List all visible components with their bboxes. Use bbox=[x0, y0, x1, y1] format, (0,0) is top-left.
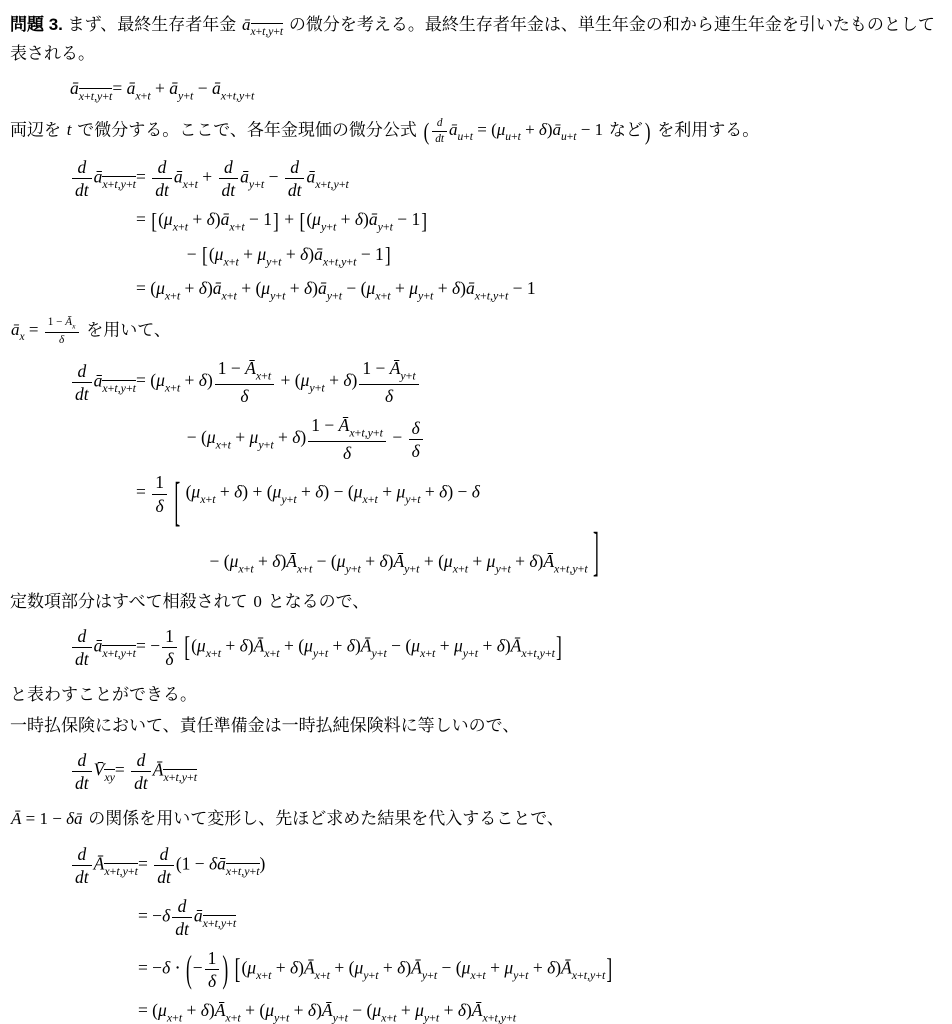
math-subscript: y+t bbox=[333, 1011, 348, 1024]
math-delimiter: [ bbox=[174, 477, 180, 531]
math-italic: t bbox=[475, 646, 478, 660]
paragraph-text: 一時払保険において、責任準備金は一時払純保険料に等しいので、 bbox=[10, 716, 519, 735]
math-italic: y bbox=[268, 25, 273, 38]
equation-rhs: = ddtāx+t + ddtāy+t − ddtāx+t,y+t bbox=[136, 157, 536, 200]
fraction-denominator: δ bbox=[359, 385, 418, 406]
math-italic: μ bbox=[207, 427, 216, 447]
math-italic: μ bbox=[497, 120, 506, 139]
fraction-numerator: 1 − Āx+t,y+t bbox=[308, 415, 386, 442]
math-italic: t bbox=[268, 968, 271, 982]
math-italic: μ bbox=[354, 482, 363, 502]
fraction-denominator: dt bbox=[152, 179, 172, 200]
math-italic: x bbox=[165, 288, 170, 302]
equation-rhs: = (μx+t + δ)Āx+t + (μy+t + δ)Āy+t − (μx+… bbox=[138, 1000, 613, 1024]
math-subscript: x+t bbox=[470, 968, 485, 982]
equation-lhs: ddtāx+t,y+t bbox=[70, 361, 136, 404]
math-subscript: x+t,y+t bbox=[315, 177, 349, 191]
math-italic: δ bbox=[412, 418, 420, 438]
fraction-denominator: δ bbox=[162, 648, 177, 669]
math-italic: x bbox=[135, 89, 140, 103]
math-italic: x bbox=[363, 492, 368, 506]
math-subscript: x+t,y+t bbox=[572, 968, 606, 982]
math-subscript: x+t bbox=[256, 968, 271, 982]
math-italic: y bbox=[368, 426, 373, 440]
math-italic: t bbox=[282, 288, 285, 302]
math-subscript: y+t bbox=[400, 368, 415, 382]
math-italic: ā bbox=[369, 209, 378, 229]
math-italic: y bbox=[400, 368, 405, 382]
math-subscript: x+t,y+t bbox=[226, 864, 260, 878]
fraction-denominator: δ bbox=[205, 970, 220, 991]
math-subscript: x+t,y+t bbox=[475, 288, 509, 302]
fraction-denominator: dt bbox=[219, 179, 239, 200]
math-italic: t bbox=[375, 492, 378, 506]
paragraph-text: で微分する。ここで、各年金現価の微分公式 bbox=[72, 120, 421, 139]
math-delimiter: ] bbox=[556, 634, 562, 662]
math-italic: y bbox=[121, 646, 126, 660]
math-subscript: x+t,y+t bbox=[349, 426, 383, 440]
math-subscript: y+t bbox=[378, 220, 393, 234]
eq-reserve-equals-premium: ddtV̄xy= ddtĀx+t,y+t bbox=[70, 750, 940, 793]
math-italic: t bbox=[238, 864, 241, 878]
math-italic: u bbox=[457, 130, 463, 143]
math-delimiter: ] bbox=[385, 245, 391, 267]
math-subscript: x+t bbox=[256, 368, 271, 382]
math-delimiter: [ bbox=[202, 245, 208, 267]
paragraph-text: 両辺を bbox=[10, 120, 66, 139]
math-subscript: x+t bbox=[165, 288, 180, 302]
math-italic: y bbox=[590, 968, 595, 982]
math-italic: δ bbox=[207, 209, 215, 229]
math-italic: x bbox=[102, 381, 107, 395]
math-italic: μ bbox=[372, 1000, 381, 1020]
math-italic: ā bbox=[314, 244, 323, 264]
math-italic: t bbox=[525, 968, 528, 982]
math-subscript: x+t bbox=[381, 1011, 396, 1024]
math-italic: t bbox=[325, 646, 328, 660]
eq-substitute-identity: ddtāx+t,y+t= (μx+t + δ)1 − Āx+tδ + (μy+t… bbox=[70, 358, 940, 576]
math-italic: δ bbox=[452, 278, 460, 298]
math-italic: δ bbox=[343, 443, 351, 463]
math-fraction: ddt bbox=[154, 844, 174, 887]
math-italic: μ bbox=[367, 278, 376, 298]
eq-last-survivor-annuity: āx+t,y+t= āx+t + āy+t − āx+t,y+t bbox=[70, 78, 940, 103]
math-italic: dt bbox=[75, 180, 89, 200]
fraction-numerator: d bbox=[285, 157, 305, 179]
math-italic: Ā bbox=[411, 958, 422, 978]
inline-math: ) bbox=[643, 120, 653, 139]
math-fraction: 1δ bbox=[205, 948, 220, 991]
math-subscript: y+t bbox=[249, 177, 264, 191]
math-subscript: x+t,y+t bbox=[203, 916, 237, 930]
math-fraction: 1 − Āx+t,y+tδ bbox=[308, 415, 386, 463]
equation-rhs: = ddtĀx+t,y+t bbox=[115, 750, 197, 793]
math-italic: δ bbox=[304, 278, 312, 298]
math-italic: x bbox=[521, 646, 526, 660]
math-italic: dt bbox=[75, 773, 89, 793]
math-delimiter: ] bbox=[273, 210, 279, 232]
math-italic: t bbox=[234, 288, 237, 302]
math-overline: x+t,y+t bbox=[203, 915, 237, 930]
math-italic: t bbox=[361, 426, 364, 440]
math-italic: t bbox=[375, 968, 378, 982]
math-italic: y bbox=[363, 968, 368, 982]
math-subscript: x+t bbox=[167, 1011, 182, 1024]
math-subscript: x+t bbox=[222, 288, 237, 302]
fraction-denominator: δ bbox=[45, 333, 79, 347]
math-italic: t bbox=[179, 1011, 182, 1024]
math-italic: t bbox=[233, 916, 236, 930]
math-italic: μ bbox=[247, 958, 256, 978]
math-italic: y bbox=[371, 646, 376, 660]
paragraph-text: を用いて、 bbox=[82, 320, 171, 339]
math-fraction: ddt bbox=[285, 157, 305, 200]
math-italic: x bbox=[226, 864, 231, 878]
math-italic: y bbox=[463, 646, 468, 660]
math-italic: μ bbox=[257, 244, 266, 264]
math-subscript: x bbox=[72, 321, 75, 330]
math-subscript: u+t bbox=[561, 130, 577, 143]
eq-final-result: ddtĀx+t,y+t= ddt(1 − δāx+t,y+t)= −δddtāx… bbox=[70, 844, 940, 1024]
single-premium-reserve: 一時払保険において、責任準備金は一時払純保険料に等しいので、 bbox=[10, 713, 940, 739]
math-italic: y bbox=[121, 381, 126, 395]
math-italic: t bbox=[256, 864, 259, 878]
math-italic: δā bbox=[209, 853, 226, 873]
insurance-annuity-relation: Ā = 1 − δā の関係を用いて変形し、先ほど求めた結果を代入することで、 bbox=[10, 806, 940, 832]
fraction-denominator: dt bbox=[72, 772, 92, 793]
math-italic: μ bbox=[261, 278, 270, 298]
math-italic: t bbox=[346, 177, 349, 191]
math-italic: t bbox=[185, 220, 188, 234]
math-italic: y bbox=[333, 1011, 338, 1024]
math-italic: x bbox=[375, 288, 380, 302]
math-italic: t bbox=[195, 177, 198, 191]
math-delimiter: [ bbox=[299, 210, 305, 232]
math-italic: μ bbox=[197, 636, 206, 656]
math-italic: x bbox=[475, 288, 480, 302]
math-italic: ā bbox=[318, 278, 327, 298]
math-italic: t bbox=[91, 89, 94, 103]
fraction-numerator: d bbox=[154, 844, 174, 866]
math-italic: t bbox=[518, 130, 521, 143]
math-italic: δā bbox=[66, 809, 82, 828]
math-italic: t bbox=[177, 381, 180, 395]
constants-cancel: 定数項部分はすべて相殺されて 0 となるので、 bbox=[10, 589, 940, 615]
math-italic: t bbox=[250, 561, 253, 575]
math-italic: t bbox=[233, 89, 236, 103]
math-italic: Ā bbox=[561, 958, 572, 978]
math-italic: d bbox=[77, 157, 86, 177]
math-subscript: y+t bbox=[327, 288, 342, 302]
equation-lhs: ddtV̄xy bbox=[70, 750, 115, 793]
math-subscript: y+t bbox=[371, 646, 386, 660]
equation-rhs: = (μx+t + δ)āx+t + (μy+t + δ)āy+t − (μx+… bbox=[136, 278, 536, 303]
math-italic: t bbox=[417, 492, 420, 506]
math-italic: x bbox=[315, 177, 320, 191]
math-italic: x bbox=[206, 646, 211, 660]
fraction-denominator: dt bbox=[131, 772, 151, 793]
math-fraction: ddt bbox=[219, 157, 239, 200]
math-italic: d bbox=[77, 844, 86, 864]
paragraph-text: まず、最終生存者年金 bbox=[63, 15, 241, 34]
fraction-numerator: d bbox=[72, 750, 92, 772]
math-italic: x bbox=[183, 177, 188, 191]
math-subscript: u+t bbox=[505, 130, 521, 143]
math-italic: d bbox=[77, 626, 86, 646]
math-subscript: x+t bbox=[200, 492, 215, 506]
math-italic: d bbox=[178, 896, 187, 916]
math-italic: t bbox=[430, 288, 433, 302]
math-italic: x bbox=[572, 968, 577, 982]
math-italic: x bbox=[165, 381, 170, 395]
math-italic: x bbox=[222, 288, 227, 302]
fraction-denominator: δ bbox=[409, 440, 423, 461]
math-subscript: u+t bbox=[457, 130, 473, 143]
equation-rhs: = ddt(1 − δāx+t,y+t) bbox=[138, 844, 613, 887]
math-delimiter: ] bbox=[606, 956, 612, 984]
math-subscript: x+t bbox=[315, 968, 330, 982]
paragraph-text: など bbox=[604, 120, 643, 139]
math-italic: Ā bbox=[215, 1000, 226, 1020]
math-italic: μ bbox=[504, 958, 513, 978]
math-subscript: x bbox=[20, 331, 25, 344]
paragraph-text: と表わすことができる。 bbox=[10, 685, 197, 704]
math-italic: y bbox=[121, 177, 126, 191]
math-italic: δ bbox=[343, 370, 351, 390]
can-be-expressed: と表わすことができる。 bbox=[10, 682, 940, 708]
math-subscript: x+t bbox=[223, 254, 238, 268]
math-italic: ā bbox=[11, 320, 20, 339]
math-italic: δ bbox=[199, 278, 207, 298]
math-italic: d bbox=[437, 117, 443, 129]
math-italic: x bbox=[104, 864, 109, 878]
paragraph-text: を利用する。 bbox=[653, 120, 760, 139]
math-italic: Ā bbox=[472, 1000, 483, 1020]
math-delimiter: ] bbox=[421, 210, 427, 232]
math-italic: t bbox=[251, 89, 254, 103]
math-subscript: y+t bbox=[495, 561, 510, 575]
math-subscript: xy bbox=[104, 770, 115, 784]
math-italic: μ bbox=[354, 958, 363, 978]
math-fraction: ddt bbox=[172, 896, 192, 939]
math-subscript: y+t bbox=[321, 220, 336, 234]
math-italic: μ bbox=[265, 1000, 274, 1020]
math-italic: t bbox=[505, 288, 508, 302]
math-italic: t bbox=[533, 646, 536, 660]
math-subscript: x+t,y+t bbox=[79, 89, 113, 103]
math-italic: t bbox=[212, 492, 215, 506]
math-subscript: y+t bbox=[258, 438, 273, 452]
math-italic: Ā bbox=[254, 636, 265, 656]
math-italic: δ bbox=[162, 906, 170, 926]
math-italic: ā bbox=[174, 167, 183, 187]
math-italic: y bbox=[422, 968, 427, 982]
math-italic: t bbox=[261, 177, 264, 191]
math-subscript: x+t,y+t bbox=[323, 254, 357, 268]
math-italic: t bbox=[114, 646, 117, 660]
math-italic: x bbox=[323, 254, 328, 268]
math-fraction: ddt bbox=[72, 750, 92, 793]
math-italic: dt bbox=[157, 867, 171, 887]
math-delimiter: [ bbox=[184, 634, 190, 662]
fraction-numerator: d bbox=[72, 844, 92, 866]
math-subscript: y+t bbox=[513, 968, 528, 982]
math-italic: t bbox=[175, 770, 178, 784]
math-italic: t bbox=[241, 220, 244, 234]
math-subscript: y+t bbox=[418, 288, 433, 302]
equation-rhs: = 1δ [ (μx+t + δ) + (μy+t + δ) − (μx+t +… bbox=[136, 472, 600, 515]
fraction-numerator: d bbox=[72, 626, 92, 648]
math-italic: μ bbox=[337, 551, 346, 571]
math-italic: δ bbox=[529, 551, 537, 571]
math-italic: y bbox=[327, 288, 332, 302]
math-italic: y bbox=[178, 89, 183, 103]
math-italic: δ bbox=[308, 1000, 316, 1020]
math-italic: x bbox=[221, 89, 226, 103]
math-italic: x bbox=[315, 968, 320, 982]
math-italic: t bbox=[228, 438, 231, 452]
math-italic: dt bbox=[75, 384, 89, 404]
math-italic: y bbox=[572, 561, 577, 575]
math-italic: δ bbox=[292, 427, 300, 447]
equation-rhs: − (μx+t + μy+t + δ)1 − Āx+t,y+tδ − δδ bbox=[136, 415, 600, 463]
math-italic: t bbox=[353, 254, 356, 268]
math-italic: t bbox=[280, 25, 283, 38]
math-italic: t bbox=[327, 968, 330, 982]
math-italic: δ bbox=[347, 636, 355, 656]
math-italic: t bbox=[67, 120, 72, 139]
inline-math: āx = 1 − Āxδ bbox=[10, 320, 82, 339]
math-overline: x+t,y+t bbox=[226, 863, 260, 878]
math-subscript: x+t bbox=[229, 220, 244, 234]
math-italic: x bbox=[200, 492, 205, 506]
math-italic: d bbox=[158, 157, 167, 177]
math-subscript: x+t bbox=[206, 646, 221, 660]
math-italic: t bbox=[380, 426, 383, 440]
math-italic: t bbox=[177, 288, 180, 302]
math-italic: δ bbox=[240, 386, 248, 406]
math-subscript: x+t bbox=[165, 381, 180, 395]
math-fraction: ddt bbox=[72, 361, 92, 404]
math-italic: Ā bbox=[11, 809, 21, 828]
math-italic: x bbox=[256, 968, 261, 982]
fraction-denominator: δ bbox=[152, 495, 167, 516]
math-italic: x bbox=[297, 561, 302, 575]
math-subscript: y+t bbox=[404, 561, 419, 575]
math-italic: t bbox=[358, 561, 361, 575]
math-italic: t bbox=[573, 130, 576, 143]
math-subscript: x+t bbox=[297, 561, 312, 575]
math-italic: δ bbox=[385, 386, 393, 406]
fraction-denominator: δ bbox=[308, 442, 386, 463]
math-italic: δ bbox=[379, 551, 387, 571]
equation-rhs: = [(μx+t + δ)āx+t − 1] + [(μy+t + δ)āy+t… bbox=[136, 209, 536, 234]
math-italic: y bbox=[495, 561, 500, 575]
math-italic: x bbox=[256, 368, 261, 382]
math-fraction: 1δ bbox=[152, 472, 167, 515]
math-italic: x bbox=[381, 1011, 386, 1024]
math-italic: μ bbox=[156, 370, 165, 390]
math-italic: δ bbox=[165, 649, 173, 669]
math-italic: y bbox=[334, 177, 339, 191]
math-italic: t bbox=[286, 1011, 289, 1024]
math-italic: μ bbox=[415, 1000, 424, 1020]
eq-simplified-derivative: ddtāx+t,y+t= −1δ [(μx+t + δ)Āx+t + (μy+t… bbox=[70, 626, 940, 669]
math-italic: μ bbox=[164, 209, 173, 229]
math-italic: δ bbox=[272, 551, 280, 571]
math-italic: dt bbox=[222, 180, 236, 200]
fraction-numerator: d bbox=[131, 750, 151, 772]
fraction-numerator: 1 bbox=[205, 948, 220, 970]
math-subscript: x+t bbox=[264, 646, 279, 660]
math-italic: δ bbox=[208, 971, 216, 991]
math-italic: t bbox=[602, 968, 605, 982]
math-italic: t bbox=[566, 561, 569, 575]
math-subscript: y+t bbox=[309, 381, 324, 395]
math-italic: ā bbox=[194, 906, 203, 926]
math-italic: t bbox=[383, 646, 386, 660]
math-italic: t bbox=[327, 177, 330, 191]
math-italic: δ bbox=[162, 958, 170, 978]
equation-lhs: ddtāx+t,y+t bbox=[70, 157, 136, 200]
math-italic: y bbox=[418, 288, 423, 302]
math-italic: Ā bbox=[304, 958, 315, 978]
math-overline: x+t,y+t bbox=[251, 23, 284, 38]
math-italic: t bbox=[345, 1011, 348, 1024]
math-italic: y bbox=[309, 381, 314, 395]
fraction-numerator: δ bbox=[409, 418, 423, 440]
math-italic: ā bbox=[240, 167, 249, 187]
math-italic: y bbox=[123, 864, 128, 878]
math-italic: d bbox=[160, 844, 169, 864]
math-italic: t bbox=[487, 288, 490, 302]
math-italic: t bbox=[215, 916, 218, 930]
math-italic: x bbox=[72, 321, 75, 330]
math-italic: t bbox=[434, 968, 437, 982]
math-italic: t bbox=[276, 646, 279, 660]
math-italic: x bbox=[216, 438, 221, 452]
math-italic: y bbox=[346, 561, 351, 575]
equation-lhs: ddtāx+t,y+t bbox=[70, 626, 136, 669]
math-italic: δ bbox=[355, 209, 363, 229]
fraction-denominator: dt bbox=[72, 383, 92, 404]
math-italic: δ bbox=[156, 496, 164, 516]
math-fraction: 1 − Āx+tδ bbox=[215, 358, 274, 406]
math-italic: y bbox=[182, 770, 187, 784]
math-italic: μ bbox=[191, 482, 200, 502]
math-italic: dt bbox=[75, 867, 89, 887]
math-italic: y bbox=[378, 220, 383, 234]
math-subscript: x+t bbox=[135, 89, 150, 103]
math-italic: x bbox=[102, 177, 107, 191]
math-italic: V̄ bbox=[94, 760, 105, 780]
math-italic: t bbox=[584, 968, 587, 982]
math-subscript: y+t bbox=[274, 1011, 289, 1024]
math-italic: x bbox=[223, 254, 228, 268]
math-subscript: x+t,y+t bbox=[554, 561, 588, 575]
math-subscript: x+t,y+t bbox=[251, 25, 284, 38]
math-italic: t bbox=[237, 1011, 240, 1024]
math-delimiter: [ bbox=[151, 210, 157, 232]
math-italic: δ bbox=[412, 441, 420, 461]
equation-lhs: ddtĀx+t,y+t bbox=[70, 844, 138, 887]
fraction-numerator: 1 − Āx+t bbox=[215, 358, 274, 385]
math-overline: x+t,y+t bbox=[102, 645, 136, 660]
math-fraction: ddt bbox=[72, 626, 92, 669]
math-italic: y bbox=[321, 220, 326, 234]
math-subscript: y+t bbox=[281, 492, 296, 506]
math-italic: x bbox=[173, 220, 178, 234]
